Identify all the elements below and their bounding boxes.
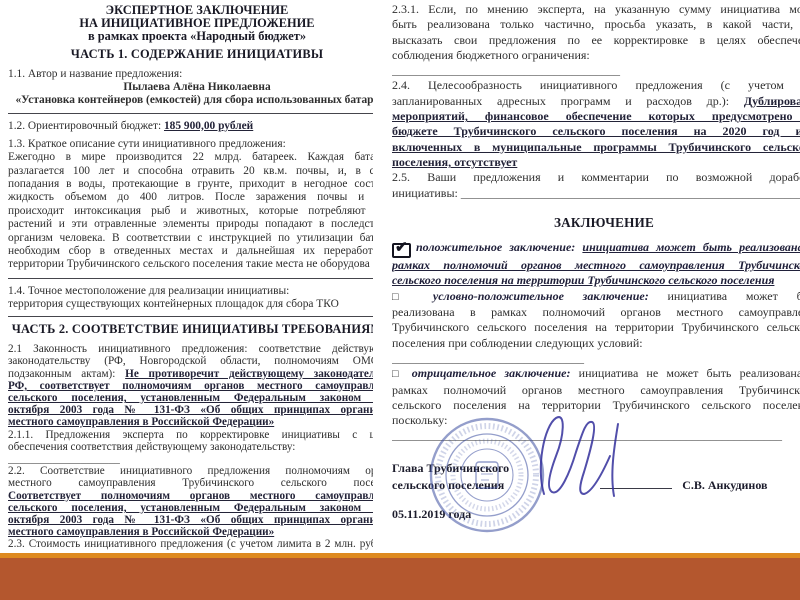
text-line: 2.1.1. Предложения эксперта по корректир…	[8, 429, 373, 441]
part2-heading: ЧАСТЬ 2. СООТВЕТСТВИЕ ИНИЦИАТИВЫ ТРЕБОВА…	[8, 323, 373, 336]
text-line: местного самоуправления в Российской Фед…	[8, 416, 373, 428]
section-1-4-value: территория существующих контейнерных пло…	[8, 298, 373, 311]
section-2-4: 2.4. Целесообразность инициативного пред…	[392, 78, 800, 170]
text-line: рамках полномочий органов местного самоу…	[392, 258, 800, 273]
text-line: реализована в рамках полномочий органов …	[392, 305, 800, 320]
text-line: сельского поселения, установленным Федер…	[8, 392, 373, 404]
text-line: поселения при соблюдении следующих услов…	[392, 336, 800, 367]
section-1-4-label: 1.4. Точное местоположение для реализаци…	[8, 285, 373, 298]
text-line: 2.3.1. Если, по мнению эксперта, на указ…	[392, 2, 800, 17]
divider-line	[8, 316, 373, 317]
text-line: инициативы: ____________________________…	[392, 186, 800, 201]
section-1-1-proposal: «Установка контейнеров (емкостей) для сб…	[8, 94, 373, 107]
signer-name: С.В. Анкудинов	[682, 478, 767, 492]
text-line: высказать свои предложения по ее коррект…	[392, 33, 800, 48]
text-line: Ежегодно в мире производится 22 млрд. ба…	[8, 151, 373, 164]
divider-line	[8, 278, 373, 279]
text-line: Соответствует полномочиям органов местно…	[8, 490, 373, 502]
presentation-slide: ЭКСПЕРТНОЕ ЗАКЛЮЧЕНИЕНА ИНИЦИАТИВНОЕ ПРЕ…	[0, 0, 800, 600]
text-line: законодательству (РФ, Новгородской облас…	[8, 355, 373, 367]
part2-body: 2.1 Законность инициативного предложения…	[8, 343, 373, 553]
section-1-3-label: 1.3. Краткое описание сути инициативного…	[8, 138, 373, 151]
text-line: □ отрицательное заключение: инициатива н…	[392, 366, 800, 382]
text-line: местного самоуправления в Российской Фед…	[8, 526, 373, 538]
signature-block: Глава Трубичинского сельского поселенияС…	[392, 460, 800, 522]
text-line: 2.1 Законность инициативного предложения…	[8, 343, 373, 355]
text-line: обеспечения соответствия действующему за…	[8, 441, 373, 465]
section-2-5: 2.5. Ваши предложения и комментарии по в…	[392, 170, 800, 201]
text-line: подзаконным актам): Не противоречит дейс…	[8, 368, 373, 380]
text-line: 2.3. Стоимость инициативного предложения…	[8, 538, 373, 550]
text-line: РФ, соответствует полномочиям органов ме…	[8, 380, 373, 392]
text-line: сельского поселения, установленным Федер…	[8, 502, 373, 514]
text-line: сельского поселения на территории Трубич…	[392, 398, 800, 413]
text-line: 2.2. Соответствие инициативного предложе…	[8, 465, 373, 477]
text-line: в рамках проекта «Народный бюджет»	[8, 30, 373, 43]
section-1-2: 1.2. Ориентировочный бюджет: 185 900,00 …	[8, 120, 373, 133]
section-2-3-1: 2.3.1. Если, по мнению эксперта, на указ…	[392, 2, 800, 78]
conclusion-heading: ЗАКЛЮЧЕНИЕ	[392, 215, 800, 230]
text-line: соблюдения бюджетного ограничения: _____…	[392, 48, 800, 79]
text-line: территории Трубичинского сельского посел…	[8, 258, 373, 271]
section-1-3-paragraph: Ежегодно в мире производится 22 млрд. ба…	[8, 151, 373, 272]
text-line: 1.2. Ориентировочный бюджет: 185 900,00 …	[8, 120, 373, 133]
signer-role-line2: сельского поселенияС.В. Анкудинов	[392, 476, 800, 493]
document-title: ЭКСПЕРТНОЕ ЗАКЛЮЧЕНИЕНА ИНИЦИАТИВНОЕ ПРЕ…	[8, 4, 373, 42]
document-page-right: 2.3.1. Если, по мнению эксперта, на указ…	[392, 2, 800, 553]
text-line: поскольку: _____________________________…	[392, 413, 800, 444]
signature-date: 05.11.2019 года	[392, 507, 800, 522]
signer-role-text: сельского поселения	[392, 478, 504, 492]
slide-bottom-bar	[0, 558, 800, 600]
text-line: 2.4. Целесообразность инициативного пред…	[392, 78, 800, 93]
text-line: рамках полномочий органов местного самоу…	[392, 383, 800, 398]
signer-role-line1: Глава Трубичинского	[392, 460, 800, 476]
part1-heading: ЧАСТЬ 1. СОДЕРЖАНИЕ ИНИЦИАТИВЫ	[8, 48, 373, 61]
text-line: □ условно-положительное заключение: иниц…	[392, 289, 800, 305]
text-line: быть реализована только частично, просьб…	[392, 17, 800, 32]
text-line: запланированных адресных программ и расх…	[392, 94, 800, 109]
text-line: 2.5. Ваши предложения и комментарии по в…	[392, 170, 800, 185]
divider-line	[8, 113, 373, 114]
text-line: жидкость объемом до 400 литров. После за…	[8, 191, 373, 204]
text-line: растений и эти отравленные элементы прир…	[8, 218, 373, 231]
text-line: попадания в воды, протекающие в грунте, …	[8, 178, 373, 191]
text-line: организм человека. В соответствии с инст…	[8, 232, 373, 245]
text-line: ✔положительное заключение: инициатива мо…	[392, 240, 800, 258]
conclusion-option-conditional: □ условно-положительное заключение: иниц…	[392, 289, 800, 366]
conclusion-option-positive: ✔положительное заключение: инициатива мо…	[392, 240, 800, 289]
text-line: происходит интоксикация рыб и животных, …	[8, 205, 373, 218]
section-1-1-author: Пылаева Алёна Николаевна	[8, 81, 373, 94]
text-line: сельского поселения на территории Трубич…	[392, 273, 800, 288]
text-line: включенных в муниципальные программы Тру…	[392, 140, 800, 155]
section-1-1-label: 1.1. Автор и название предложения:	[8, 68, 373, 81]
checked-checkbox-icon: ✔	[392, 243, 411, 258]
text-line: местного самоуправления Трубичинского се…	[8, 477, 373, 489]
text-line: октября 2003 года № 131-ФЗ «Об общих при…	[8, 404, 373, 416]
empty-checkbox-icon: □	[392, 291, 433, 303]
document-page-left: ЭКСПЕРТНОЕ ЗАКЛЮЧЕНИЕНА ИНИЦИАТИВНОЕ ПРЕ…	[8, 4, 373, 553]
text-line: октября 2003 года № 131-ФЗ «Об общих при…	[8, 514, 373, 526]
text-line: поселения, отсутствует	[392, 155, 800, 170]
text-line: Трубичинского сельского поселения на тер…	[392, 320, 800, 335]
text-line: необходим сбор в отведенных местах и дал…	[8, 245, 373, 258]
signature-underline	[600, 476, 672, 489]
text-line: мероприятий, финансовое обеспечение кото…	[392, 109, 800, 124]
text-line: бюджете Трубичинского сельского поселени…	[392, 124, 800, 139]
empty-checkbox-icon: □	[392, 368, 412, 380]
text-line: разлагается 100 лет и способна отравить …	[8, 165, 373, 178]
conclusion-option-negative: □ отрицательное заключение: инициатива н…	[392, 366, 800, 443]
